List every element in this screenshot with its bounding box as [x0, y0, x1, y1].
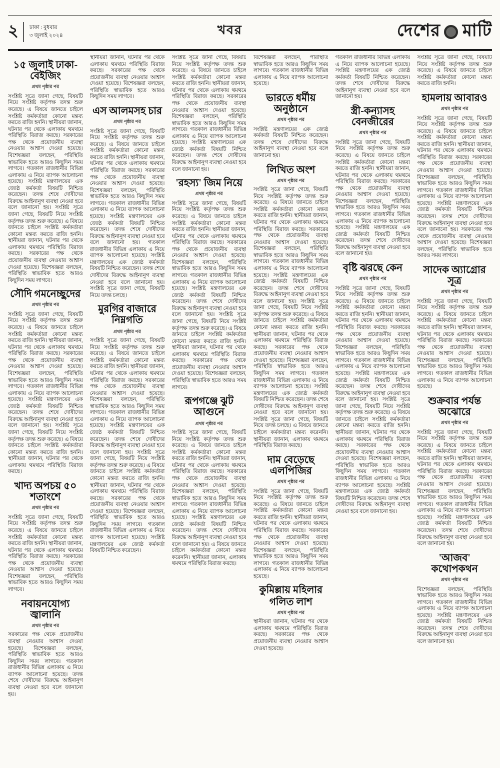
continued-from-label: প্রথম পৃষ্ঠার পর [8, 622, 83, 630]
article-headline: স্ত্রী-কন্যাসহ বেনজীরের [335, 106, 410, 128]
article: শুক্রবার পর্যন্ত অঝোরে প্রথম পৃষ্ঠার পর … [417, 396, 492, 548]
article-body: সংশ্লিষ্ট সূত্রে জানা গেছে, বিষয়টি নিয়… [90, 338, 165, 555]
continued-from-label: প্রথম পৃষ্ঠার পর [90, 118, 165, 126]
article-body: সংশ্লিষ্ট সূত্রে জানা গেছে, বিষয়টি নিয়… [90, 129, 165, 300]
article-headline: দাম বেড়েছে এলপিজির [253, 455, 328, 477]
news-column-2: স্থানীয়রা জানান, ঘটনার পর থেকে এলাকায় … [90, 55, 165, 764]
continued-from-label: প্রথম পৃষ্ঠার পর [335, 275, 410, 283]
dateline-line1: ঢাকা : বুধবার [29, 24, 62, 32]
page-number: ২ [8, 24, 18, 40]
article-body: সংশ্লিষ্ট মন্ত্রণালয়ের এক জ্যেষ্ঠ কর্মক… [253, 127, 328, 160]
article-body-continuation: বিশেষজ্ঞরা বলছেন, পরিস্থিতি স্বাভাবিক হত… [253, 55, 328, 88]
article-body: সংশ্লিষ্ট সূত্রে জানা গেছে, বিষয়টি নিয়… [253, 489, 328, 581]
news-column-3: সংশ্লিষ্ট সূত্রে জানা গেছে, বিষয়টি নিয়… [172, 55, 247, 764]
continued-from-label: প্রথম পৃষ্ঠার পর [253, 177, 328, 185]
article: হামলায় আবারও প্রথম পৃষ্ঠার পর সংশ্লিষ্ট… [417, 93, 492, 260]
article-headline: 'রহস্য' জিম নিয়ে [172, 178, 247, 189]
header-divider [8, 49, 492, 51]
article: রূপগঞ্জে ঝুট আগুনে প্রথম পৃষ্ঠার পর সংশ্… [172, 396, 247, 568]
article-headline: খাদ্য অপচয় ৫০ শতাংশে [8, 481, 83, 503]
continued-from-label: প্রথম পৃষ্ঠার পর [253, 609, 328, 617]
article-headline: কুমিল্লায় মহিলার গলিত লাশ [253, 585, 328, 607]
article-headline: সৌদি গমনেচ্ছুদের [8, 289, 83, 300]
article-headline: এস আলমসহ চার [90, 106, 165, 117]
masthead-word-2: মাটি [462, 18, 492, 46]
news-column-4: বিশেষজ্ঞরা বলছেন, পরিস্থিতি স্বাভাবিক হত… [253, 55, 328, 764]
dateline-line2: ৩ জুলাই ২০২৪ [29, 32, 62, 40]
article: ভারতে ধর্মীয় অনুষ্ঠানে প্রথম পৃষ্ঠার পর… [253, 93, 328, 160]
article-body-continuation: গতকাল রাজধানীর বিভিন্ন এলাকায় এ নিয়ে ব… [335, 55, 410, 101]
article-headline: ভারতে ধর্মীয় অনুষ্ঠানে [253, 93, 328, 115]
article-body: সংশ্লিষ্ট সূত্রে জানা গেছে, বিষয়টি নিয়… [172, 430, 247, 568]
article: ১৫ জুলাই ঢাকা-বেইজিং প্রথম পৃষ্ঠার পর সং… [8, 60, 83, 284]
continued-from-label: প্রথম পৃষ্ঠার পর [172, 420, 247, 428]
article: বৃষ্টি ঝরছে কেন প্রথম পৃষ্ঠার পর সংশ্লিষ… [335, 263, 410, 515]
article-body: সংশ্লিষ্ট সূত্রে জানা গেছে, বিষয়টি নিয়… [417, 430, 492, 548]
continued-from-label: প্রথম পৃষ্ঠার পর [253, 478, 328, 486]
article: লিখিত অংশ প্রথম পৃষ্ঠার পর সংশ্লিষ্ট সূত… [253, 165, 328, 450]
news-column-1: ১৫ জুলাই ঢাকা-বেইজিং প্রথম পৃষ্ঠার পর সং… [8, 55, 83, 764]
article-headline: সাদেক অ্যাগ্রোর সূত্র [417, 265, 492, 287]
article-headline: মুরগির বাজারে নিম্নগতি [90, 304, 165, 326]
column-grid: ১৫ জুলাই ঢাকা-বেইজিং প্রথম পৃষ্ঠার পর সং… [8, 55, 492, 764]
continued-from-label: প্রথম পৃষ্ঠার পর [417, 419, 492, 427]
masthead-word-1: দেশের [397, 18, 441, 46]
page-header: ২ ঢাকা : বুধবার ৩ জুলাই ২০২৪ খবর দেশের ম… [8, 17, 492, 47]
article-body-continuation: সংশ্লিষ্ট সূত্রে জানা গেছে, বিষয়টি নিয়… [417, 55, 492, 88]
article-body: সংশ্লিষ্ট সূত্রে জানা গেছে, বিষয়টি নিয়… [417, 116, 492, 260]
article: 'রহস্য' জিম নিয়ে প্রথম পৃষ্ঠার পর সংশ্ল… [172, 178, 247, 391]
continued-from-label: প্রথম পৃষ্ঠার পর [8, 301, 83, 309]
article-body: সংশ্লিষ্ট সূত্রে জানা গেছে, বিষয়টি নিয়… [8, 515, 83, 594]
folio-block: ২ ঢাকা : বুধবার ৩ জুলাই ২০২৪ [8, 22, 63, 42]
article-body: সংশ্লিষ্ট সূত্রে জানা গেছে, বিষয়টি নিয়… [335, 140, 410, 258]
article-headline: বৃষ্টি ঝরছে কেন [335, 263, 410, 274]
continued-from-label: প্রথম পৃষ্ঠার পর [417, 105, 492, 113]
continued-from-label: প্রথম পৃষ্ঠার পর [172, 190, 247, 198]
article-body: সরকারের পক্ষ থেকে প্রয়োজনীয় ব্যবস্থা ন… [8, 632, 83, 698]
article-headline: লিখিত অংশ [253, 165, 328, 176]
article: মুরগির বাজারে নিম্নগতি প্রথম পৃষ্ঠার পর … [90, 304, 165, 554]
article-body: সংশ্লিষ্ট সূত্রে জানা গেছে, বিষয়টি নিয়… [172, 201, 247, 391]
article: কুমিল্লায় মহিলার গলিত লাশ প্রথম পৃষ্ঠার… [253, 585, 328, 652]
article: 'আজব' কথোপকথন প্রথম পৃষ্ঠার পর বিশেষজ্ঞর… [417, 553, 492, 646]
continued-from-label: প্রথম পৃষ্ঠার পর [253, 116, 328, 124]
section-title: খবর [217, 22, 242, 42]
article: দাম বেড়েছে এলপিজির প্রথম পৃষ্ঠার পর সংশ… [253, 455, 328, 581]
article-headline: হামলায় আবারও [417, 93, 492, 104]
article-headline: 'আজব' কথোপকথন [417, 553, 492, 575]
article: স্ত্রী-কন্যাসহ বেনজীরের প্রথম পৃষ্ঠার পর… [335, 106, 410, 258]
article-headline: নবায়নযোগ্য জ্বালানি [8, 599, 83, 621]
article-headline: ১৫ জুলাই ঢাকা-বেইজিং [8, 60, 83, 82]
article: সাদেক অ্যাগ্রোর সূত্র প্রথম পৃষ্ঠার পর স… [417, 265, 492, 391]
continued-from-label: প্রথম পৃষ্ঠার পর [8, 504, 83, 512]
news-column-6: সংশ্লিষ্ট সূত্রে জানা গেছে, বিষয়টি নিয়… [417, 55, 492, 764]
news-column-5: গতকাল রাজধানীর বিভিন্ন এলাকায় এ নিয়ে ব… [335, 55, 410, 764]
article-body: সংশ্লিষ্ট সূত্রে জানা গেছে, বিষয়টি নিয়… [8, 94, 83, 284]
article-body: সংশ্লিষ্ট সূত্রে জানা গেছে, বিষয়টি নিয়… [8, 312, 83, 476]
article: এস আলমসহ চার প্রথম পৃষ্ঠার পর সংশ্লিষ্ট … [90, 106, 165, 299]
continued-from-label: প্রথম পৃষ্ঠার পর [8, 83, 83, 91]
article-body: সংশ্লিষ্ট সূত্রে জানা গেছে, বিষয়টি নিয়… [417, 299, 492, 391]
continued-from-label: প্রথম পৃষ্ঠার পর [335, 129, 410, 137]
folio-divider [23, 22, 24, 42]
article-headline: রূপগঞ্জে ঝুট আগুনে [172, 396, 247, 418]
newspaper-page: ২ ঢাকা : বুধবার ৩ জুলাই ২০২৪ খবর দেশের ম… [0, 0, 500, 768]
dateline: ঢাকা : বুধবার ৩ জুলাই ২০২৪ [29, 24, 62, 40]
masthead: দেশের মাটি [397, 18, 492, 46]
continued-from-label: প্রথম পৃষ্ঠার পর [417, 288, 492, 296]
continued-from-label: প্রথম পৃষ্ঠার পর [417, 576, 492, 584]
article-body: সংশ্লিষ্ট সূত্রে জানা গেছে, বিষয়টি নিয়… [335, 286, 410, 516]
article-headline: শুক্রবার পর্যন্ত অঝোরে [417, 396, 492, 418]
continued-from-label: প্রথম পৃষ্ঠার পর [90, 328, 165, 336]
article: সৌদি গমনেচ্ছুদের প্রথম পৃষ্ঠার পর সংশ্লি… [8, 289, 83, 476]
article: নবায়নযোগ্য জ্বালানি প্রথম পৃষ্ঠার পর সর… [8, 599, 83, 699]
top-divider [8, 15, 492, 16]
article: খাদ্য অপচয় ৫০ শতাংশে প্রথম পৃষ্ঠার পর স… [8, 481, 83, 594]
article-body: বিশেষজ্ঞরা বলছেন, পরিস্থিতি স্বাভাবিক হত… [417, 587, 492, 646]
article-body-continuation: স্থানীয়রা জানান, ঘটনার পর থেকে এলাকায় … [90, 55, 165, 101]
masthead-logo-icon [444, 25, 458, 39]
article-body: সংশ্লিষ্ট সূত্রে জানা গেছে, বিষয়টি নিয়… [253, 187, 328, 450]
article-body-continuation: সংশ্লিষ্ট সূত্রে জানা গেছে, বিষয়টি নিয়… [172, 55, 247, 173]
article-body: স্থানীয়রা জানান, ঘটনার পর থেকে এলাকায় … [253, 619, 328, 652]
